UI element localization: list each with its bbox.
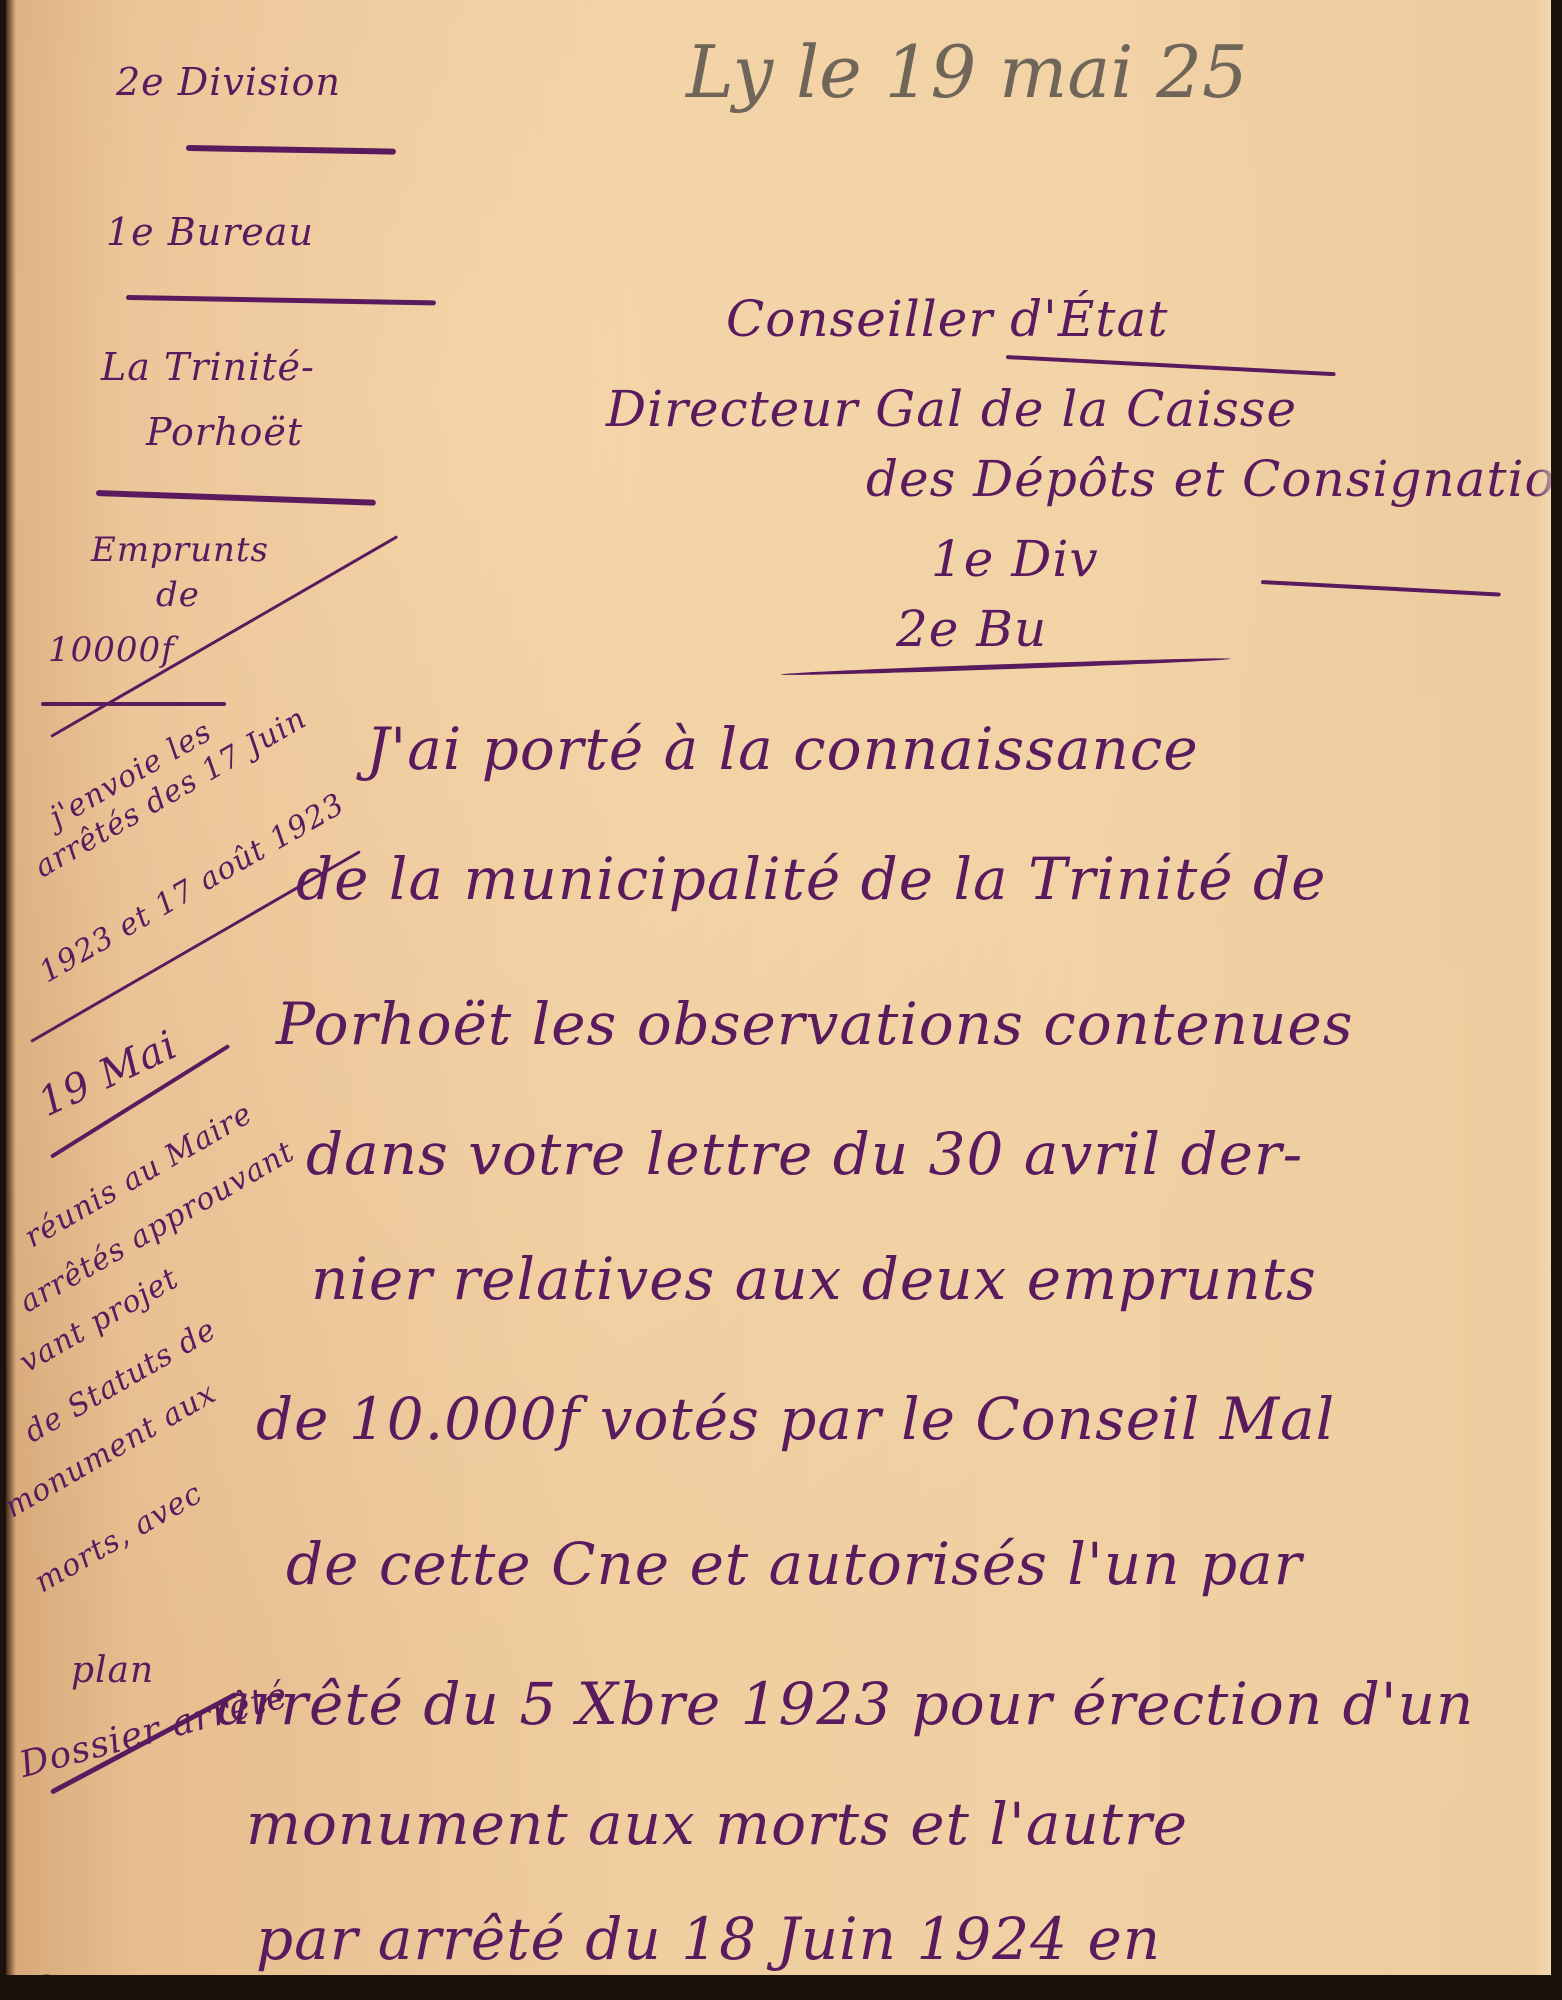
body-line-5: nier relatives aux deux emprunts [311,1245,1317,1313]
margin-note-date: 19 Mai [32,1022,185,1126]
bureau-underline [126,295,436,305]
margin-commune-line2: Porhoët [146,410,303,454]
recipient-office: Directeur Gal de la Caisse [606,380,1297,438]
margin-subject-line1: Emprunts [91,530,269,570]
commune-underline [96,490,376,506]
body-line-7: de cette Cne et autorisés l'un par [286,1530,1302,1598]
margin-commune-line1: La Trinité- [101,345,315,389]
subject-underline [41,702,226,706]
margin-subject-amount: 10000f [48,630,175,670]
address-closing-rule [781,656,1231,677]
recipient-institution: des Dépôts et Consignations [866,450,1551,508]
letter-date: Ly le 19 mai 25 [686,30,1248,114]
division-underline [186,145,396,155]
recipient-underline [1006,355,1336,376]
margin-bureau: 1e Bureau [106,210,314,254]
recipient-bureau: 2e Bu [896,600,1047,658]
recipient-division: 1e Div [931,530,1099,588]
letter-page: Ly le 19 mai 25 Conseiller d'État Direct… [6,0,1551,1975]
body-line-10: par arrêté du 18 Juin 1924 en [256,1905,1161,1973]
margin-division: 2e Division [116,60,341,104]
body-line-9: monument aux morts et l'autre [246,1790,1188,1858]
institution-underline [1261,580,1501,597]
body-line-2: de la municipalité de la Trinité de [296,845,1326,913]
body-line-6: de 10.000f votés par le Conseil Mal [256,1385,1335,1453]
recipient-title: Conseiller d'État [726,290,1168,348]
body-line-4: dans votre lettre du 30 avril der- [306,1120,1303,1188]
margin-subject-line2: de [156,575,200,615]
body-line-1: J'ai porté à la connaissance [366,715,1199,783]
margin-note-10: plan [71,1650,154,1691]
body-line-8: arrêté du 5 Xbre 1923 pour érection d'un [216,1670,1474,1738]
body-line-3: Porhoët les observations contenues [276,990,1353,1058]
